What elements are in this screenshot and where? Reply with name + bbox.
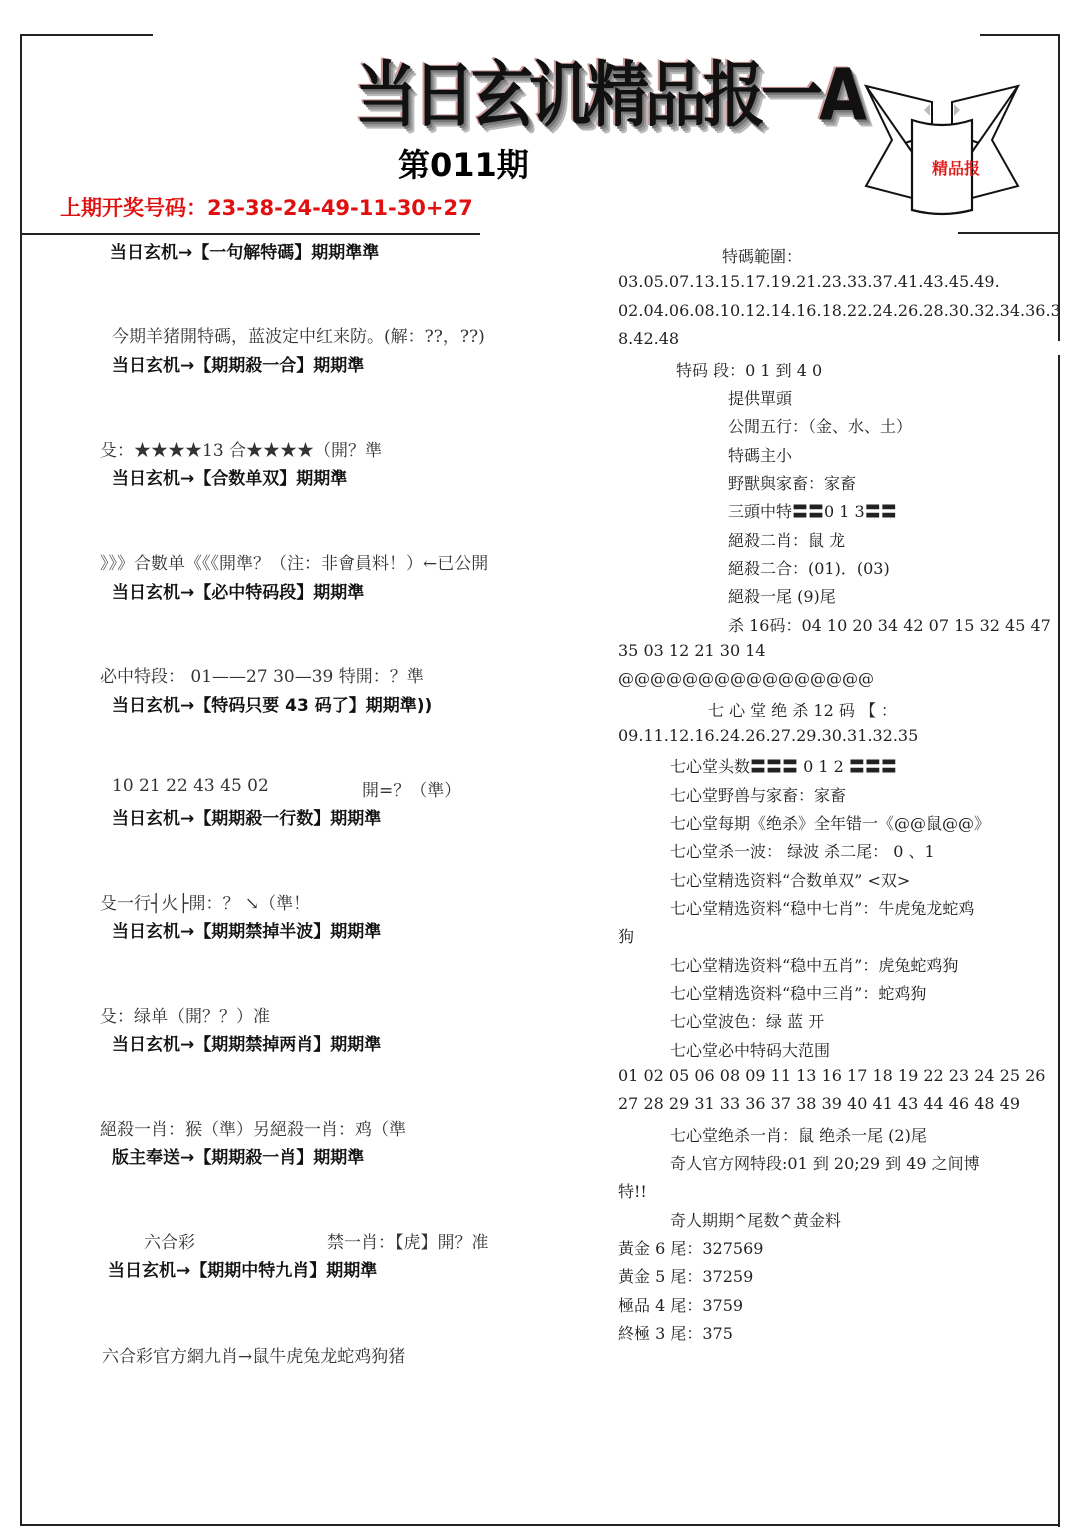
frame-bottom <box>20 1524 1060 1526</box>
left-line: 当日玄机→【期期禁掉半波】期期準 <box>112 917 381 942</box>
banner-scroll-icon <box>862 80 1022 230</box>
left-line: 禁一肖：【虎】開？准 <box>327 1228 489 1253</box>
last-draw-label: 上期开奖号码： <box>60 196 207 220</box>
right-line: 極品 4 尾：3759 <box>618 1293 743 1316</box>
right-line: 七心堂精选资料“稳中五肖”：虎兔蛇鸡狗 <box>670 953 958 976</box>
frame-top-left <box>20 34 153 36</box>
right-line: 狗 <box>618 924 634 947</box>
right-line: 七心堂绝杀一肖：鼠 绝杀一尾 (2)尾 <box>670 1123 927 1146</box>
left-line: 10 21 22 43 45 02 <box>112 776 269 796</box>
right-line: 七 心 堂 绝 杀 12 码 【 ： <box>708 698 897 721</box>
left-line: 当日玄机→【特码只要 43 码了】期期準)) <box>112 691 432 716</box>
right-line: 09.11.12.16.24.26.27.29.30.31.32.35 <box>618 726 918 745</box>
frame-right-bottom <box>1058 355 1060 1527</box>
right-line: 01 02 05 06 08 09 11 13 16 17 18 19 22 2… <box>618 1066 1045 1085</box>
right-line: 七心堂精选资料“合数单双” <双> <box>670 868 910 891</box>
left-line: 殳一行┤火├開：？ ↘（準！ <box>100 889 310 914</box>
right-line: 黃金 5 尾：37259 <box>618 1264 753 1287</box>
right-line: 8.42.48 <box>618 329 679 348</box>
right-line: 七心堂精选资料“稳中三肖”：蛇鸡狗 <box>670 981 926 1004</box>
right-line: 三頭中特〓〓0 1 3〓〓 <box>728 499 897 522</box>
right-line: 絕殺二合：(01)．(03) <box>728 556 890 579</box>
frame-left <box>20 34 22 1526</box>
right-line: 七心堂波色：绿 蓝 开 <box>670 1009 824 1032</box>
last-draw-numbers: 23-38-24-49-11-30+27 <box>207 196 473 220</box>
right-line: 公閒五行：（金、水、土） <box>728 414 912 437</box>
right-line: @@@@@@@@@@@@@@@@ <box>618 669 874 688</box>
right-line: 特碼範圍： <box>722 244 802 267</box>
right-line: 35 03 12 21 30 14 <box>618 641 766 660</box>
left-line: 絕殺一肖：猴（準）另絕殺一肖：鸡（準 <box>100 1115 406 1140</box>
issue-number: 第011期 <box>398 140 529 186</box>
frame-right-top <box>1058 34 1060 341</box>
left-line: 当日玄机→【必中特码段】期期準 <box>112 578 364 603</box>
left-line: 殳：绿单（開？？）准 <box>100 1002 270 1027</box>
left-line: 》》》合數单《《《開準？（注：非會員料！）←已公開 <box>100 549 488 574</box>
left-line: 当日玄机→【一句解特碼】期期準準 <box>110 238 379 263</box>
last-draw: 上期开奖号码：23-38-24-49-11-30+27 <box>60 192 473 222</box>
right-line: 七心堂杀一波： 绿波 杀二尾： 0 、1 <box>670 839 935 862</box>
right-line: 特!! <box>618 1179 647 1202</box>
right-line: 03.05.07.13.15.17.19.21.23.33.37.41.43.4… <box>618 272 1000 291</box>
left-line: 今期羊猪開特碼，蓝波定中红来防。(解：??，??) <box>112 322 485 347</box>
header-divider-left <box>20 233 480 235</box>
right-line: 黃金 6 尾：327569 <box>618 1236 763 1259</box>
header-divider-right <box>958 232 1060 234</box>
right-line: 七心堂必中特码大范围 <box>670 1038 830 1061</box>
left-line: 必中特段： 01——27 30—39 特開：？準 <box>100 662 424 687</box>
right-line: 七心堂野兽与家畜：家畜 <box>670 783 846 806</box>
right-line: 七心堂每期《绝杀》全年错一《@@鼠@@》 <box>670 811 990 834</box>
page-title: 当日玄讥精品报一A <box>355 38 863 140</box>
left-line: 当日玄机→【期期殺一合】期期準 <box>112 351 364 376</box>
left-line: 当日玄机→【期期禁掉两肖】期期準 <box>112 1030 381 1055</box>
left-line: 当日玄机→【期期中特九肖】期期準 <box>108 1256 377 1281</box>
left-line: 殳：★★★★13 合★★★★（開？準 <box>100 436 382 461</box>
right-line: 野獸與家畜：家畜 <box>728 471 856 494</box>
left-line: 当日玄机→【期期殺一行数】期期準 <box>112 804 381 829</box>
right-line: 奇人官方网特段:01 到 20;29 到 49 之间博 <box>670 1151 980 1174</box>
left-line: 当日玄机→【合数单双】期期準 <box>112 464 347 489</box>
frame-top-right <box>980 34 1060 36</box>
right-line: 特碼主小 <box>728 443 792 466</box>
banner-label: 精品报 <box>932 156 980 179</box>
right-line: 七心堂精选资料“稳中七肖”：牛虎兔龙蛇鸡 <box>670 896 974 919</box>
right-line: 絕殺二肖：鼠 龙 <box>728 528 845 551</box>
left-line: 六合彩官方網九肖→鼠牛虎兔龙蛇鸡狗猪 <box>102 1342 405 1367</box>
right-line: 杀 16码：04 10 20 34 42 07 15 32 45 47 <box>728 613 1051 636</box>
left-line: 版主奉送→【期期殺一肖】期期準 <box>112 1143 364 1168</box>
right-line: 絕殺一尾 (9)尾 <box>728 584 836 607</box>
right-line: 提供單頭 <box>728 386 792 409</box>
right-line: 02.04.06.08.10.12.14.16.18.22.24.26.28.3… <box>618 301 1061 320</box>
left-line: 開=？（準） <box>362 776 461 801</box>
right-line: 終極 3 尾：375 <box>618 1321 733 1344</box>
left-line: 六合彩 <box>144 1228 195 1253</box>
right-line: 27 28 29 31 33 36 37 38 39 40 41 43 44 4… <box>618 1094 1020 1113</box>
right-line: 七心堂头数〓〓〓 0 1 2 〓〓〓 <box>670 754 897 777</box>
right-line: 特码 段：0 1 到 4 0 <box>676 358 822 381</box>
right-line: 奇人期期^尾数^黄金料 <box>670 1208 841 1231</box>
